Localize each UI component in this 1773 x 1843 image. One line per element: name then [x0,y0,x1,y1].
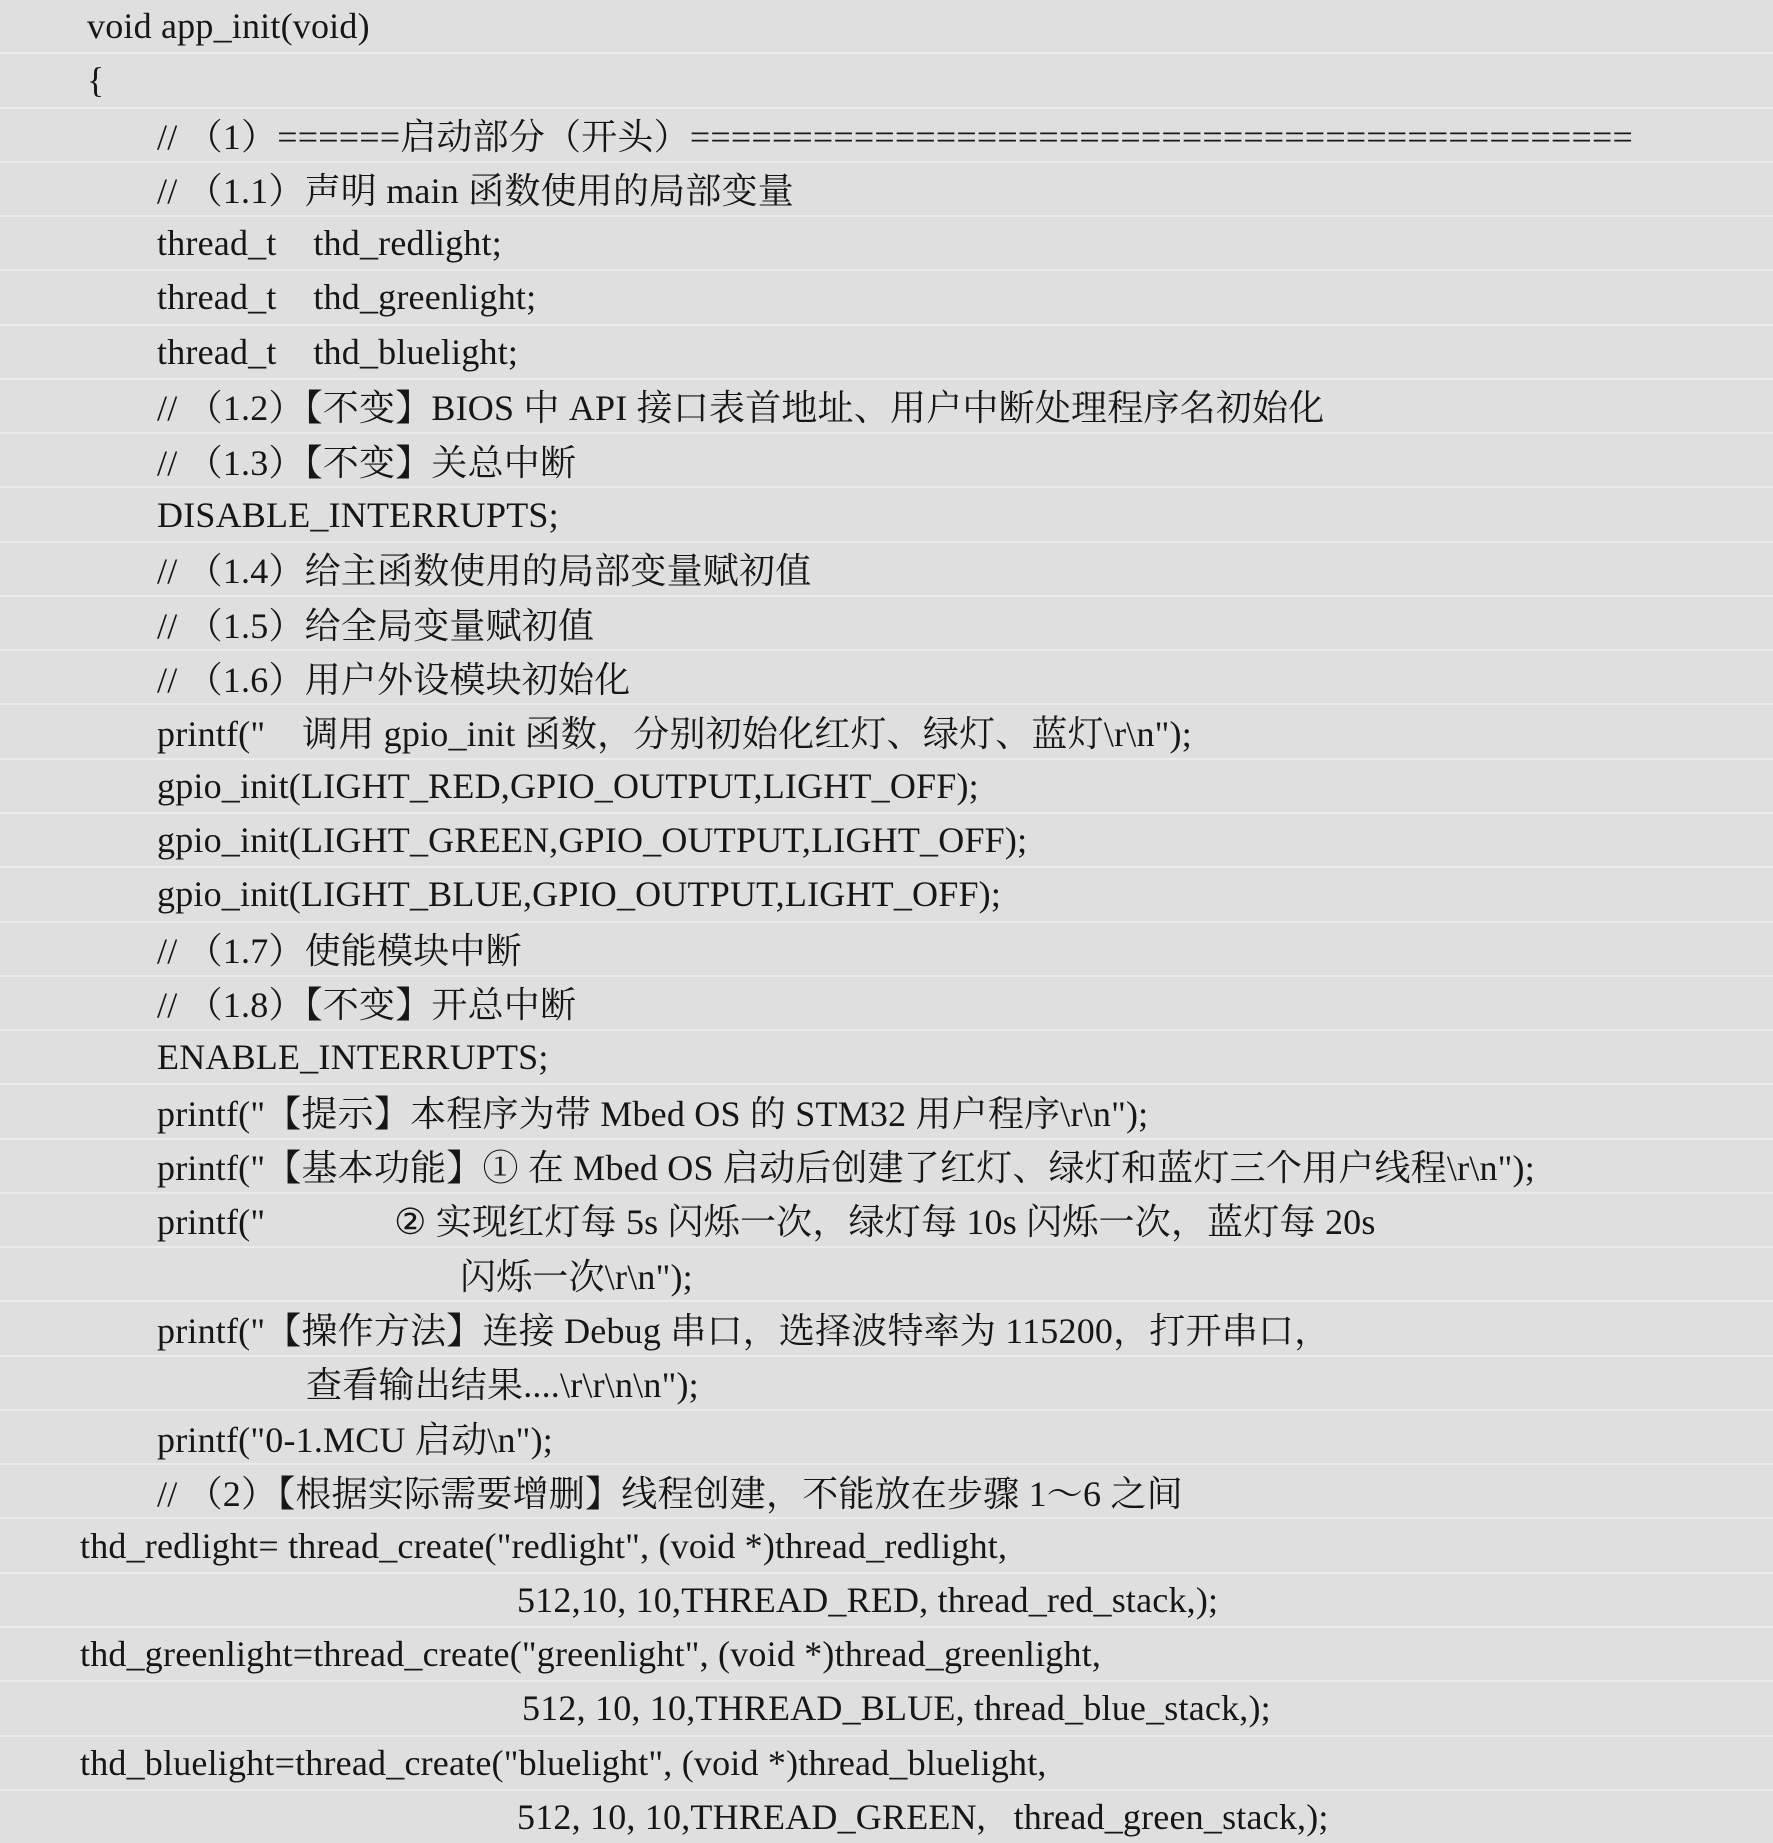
code-line: printf(" ② 实现红灯每 5s 闪烁一次，绿灯每 10s 闪烁一次，蓝灯… [0,1192,1773,1246]
code-line: // （1.6）用户外设模块初始化 [0,649,1773,703]
code-line: DISABLE_INTERRUPTS; [0,486,1773,540]
code-line: 闪烁一次\r\n"); [0,1246,1773,1300]
code-line: // （1.7）使能模块中断 [0,921,1773,975]
code-line: printf("【提示】本程序为带 Mbed OS 的 STM32 用户程序\r… [0,1083,1773,1137]
code-line: 512, 10, 10,THREAD_BLUE, thread_blue_sta… [0,1680,1773,1734]
code-line: printf("【基本功能】① 在 Mbed OS 启动后创建了红灯、绿灯和蓝灯… [0,1138,1773,1192]
code-line: thd_bluelight=thread_create("bluelight",… [0,1735,1773,1789]
code-line: thd_redlight= thread_create("redlight", … [0,1517,1773,1571]
code-line: thread_t thd_greenlight; [0,269,1773,323]
code-line: ENABLE_INTERRUPTS; [0,1029,1773,1083]
code-line: 查看输出结果....\r\r\n\n"); [0,1355,1773,1409]
code-line: // （1.3）【不变】关总中断 [0,432,1773,486]
code-line: void app_init(void) [0,0,1773,52]
code-line: { [0,52,1773,106]
code-line: gpio_init(LIGHT_BLUE,GPIO_OUTPUT,LIGHT_O… [0,866,1773,920]
code-line: thread_t thd_bluelight; [0,324,1773,378]
code-line: thd_greenlight=thread_create("greenlight… [0,1626,1773,1680]
code-line: // （2）【根据实际需要增删】线程创建，不能放在步骤 1～6 之间 [0,1463,1773,1517]
code-line: gpio_init(LIGHT_RED,GPIO_OUTPUT,LIGHT_OF… [0,758,1773,812]
code-listing: void app_init(void){// （1）======启动部分（开头）… [0,0,1773,1843]
code-line: printf(" 调用 gpio_init 函数，分别初始化红灯、绿灯、蓝灯\r… [0,703,1773,757]
code-line: 512,10, 10,THREAD_RED, thread_red_stack,… [0,1572,1773,1626]
code-line: // （1.1）声明 main 函数使用的局部变量 [0,161,1773,215]
code-line: printf("0-1.MCU 启动\n"); [0,1409,1773,1463]
code-line: gpio_init(LIGHT_GREEN,GPIO_OUTPUT,LIGHT_… [0,812,1773,866]
code-line: printf("【操作方法】连接 Debug 串口，选择波特率为 115200，… [0,1300,1773,1354]
code-line: thread_t thd_redlight; [0,215,1773,269]
code-line: // （1.8）【不变】开总中断 [0,975,1773,1029]
code-line: 512, 10, 10,THREAD_GREEN, thread_green_s… [0,1789,1773,1843]
code-line: // （1.4）给主函数使用的局部变量赋初值 [0,541,1773,595]
code-line: // （1.5）给全局变量赋初值 [0,595,1773,649]
code-line: // （1）======启动部分（开头）====================… [0,107,1773,161]
code-line: // （1.2）【不变】BIOS 中 API 接口表首地址、用户中断处理程序名初… [0,378,1773,432]
